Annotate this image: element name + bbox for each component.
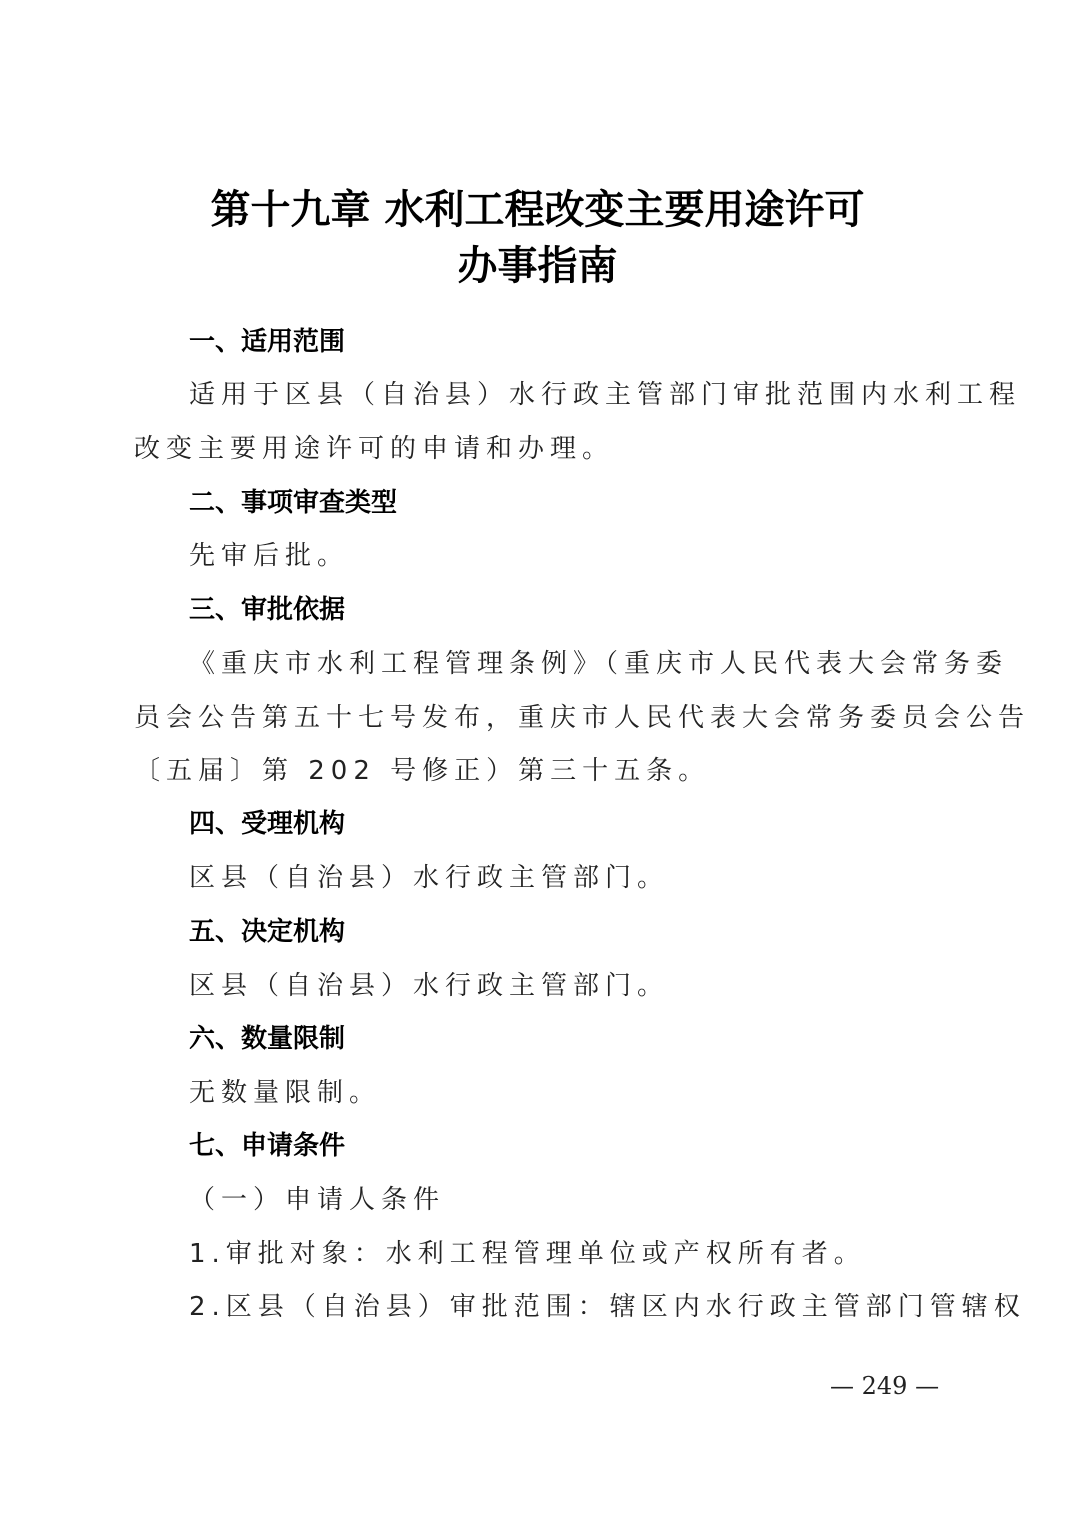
section-heading-deciding-body: 五、决定机构 (189, 914, 345, 950)
chapter-subtitle: 办事指南 (0, 238, 1075, 294)
section-heading-conditions: 七、申请条件 (189, 1128, 345, 1164)
section-text: 〔五届〕第 202 号修正）第三十五条。 (134, 753, 710, 789)
chapter-title: 第十九章 水利工程改变主要用途许可 (0, 182, 1075, 238)
section-text: 无数量限制。 (189, 1075, 381, 1111)
section-text: 适用于区县（自治县）水行政主管部门审批范围内水利工程 (189, 377, 1021, 413)
section-heading-review-type: 二、事项审查类型 (189, 485, 397, 521)
section-heading-accepting-body: 四、受理机构 (189, 806, 345, 842)
section-text: （一）申请人条件 (189, 1182, 445, 1218)
section-text: 《重庆市水利工程管理条例》（重庆市人民代表大会常务委 (189, 646, 1008, 682)
section-heading-basis: 三、审批依据 (189, 592, 345, 628)
section-text: 员会公告第五十七号发布，重庆市人民代表大会常务委员会公告 (134, 700, 1030, 736)
page-number: — 249 — (830, 1370, 939, 1402)
section-text: 先审后批。 (189, 538, 349, 574)
section-heading-scope: 一、适用范围 (189, 324, 345, 360)
section-text: 2.区县（自治县）审批范围：辖区内水行政主管部门管辖权 (189, 1289, 1026, 1325)
section-text: 1.审批对象：水利工程管理单位或产权所有者。 (189, 1236, 866, 1272)
section-text: 改变主要用途许可的申请和办理。 (134, 431, 614, 467)
section-text: 区县（自治县）水行政主管部门。 (189, 860, 669, 896)
section-text: 区县（自治县）水行政主管部门。 (189, 968, 669, 1004)
section-heading-quantity-limit: 六、数量限制 (189, 1021, 345, 1057)
